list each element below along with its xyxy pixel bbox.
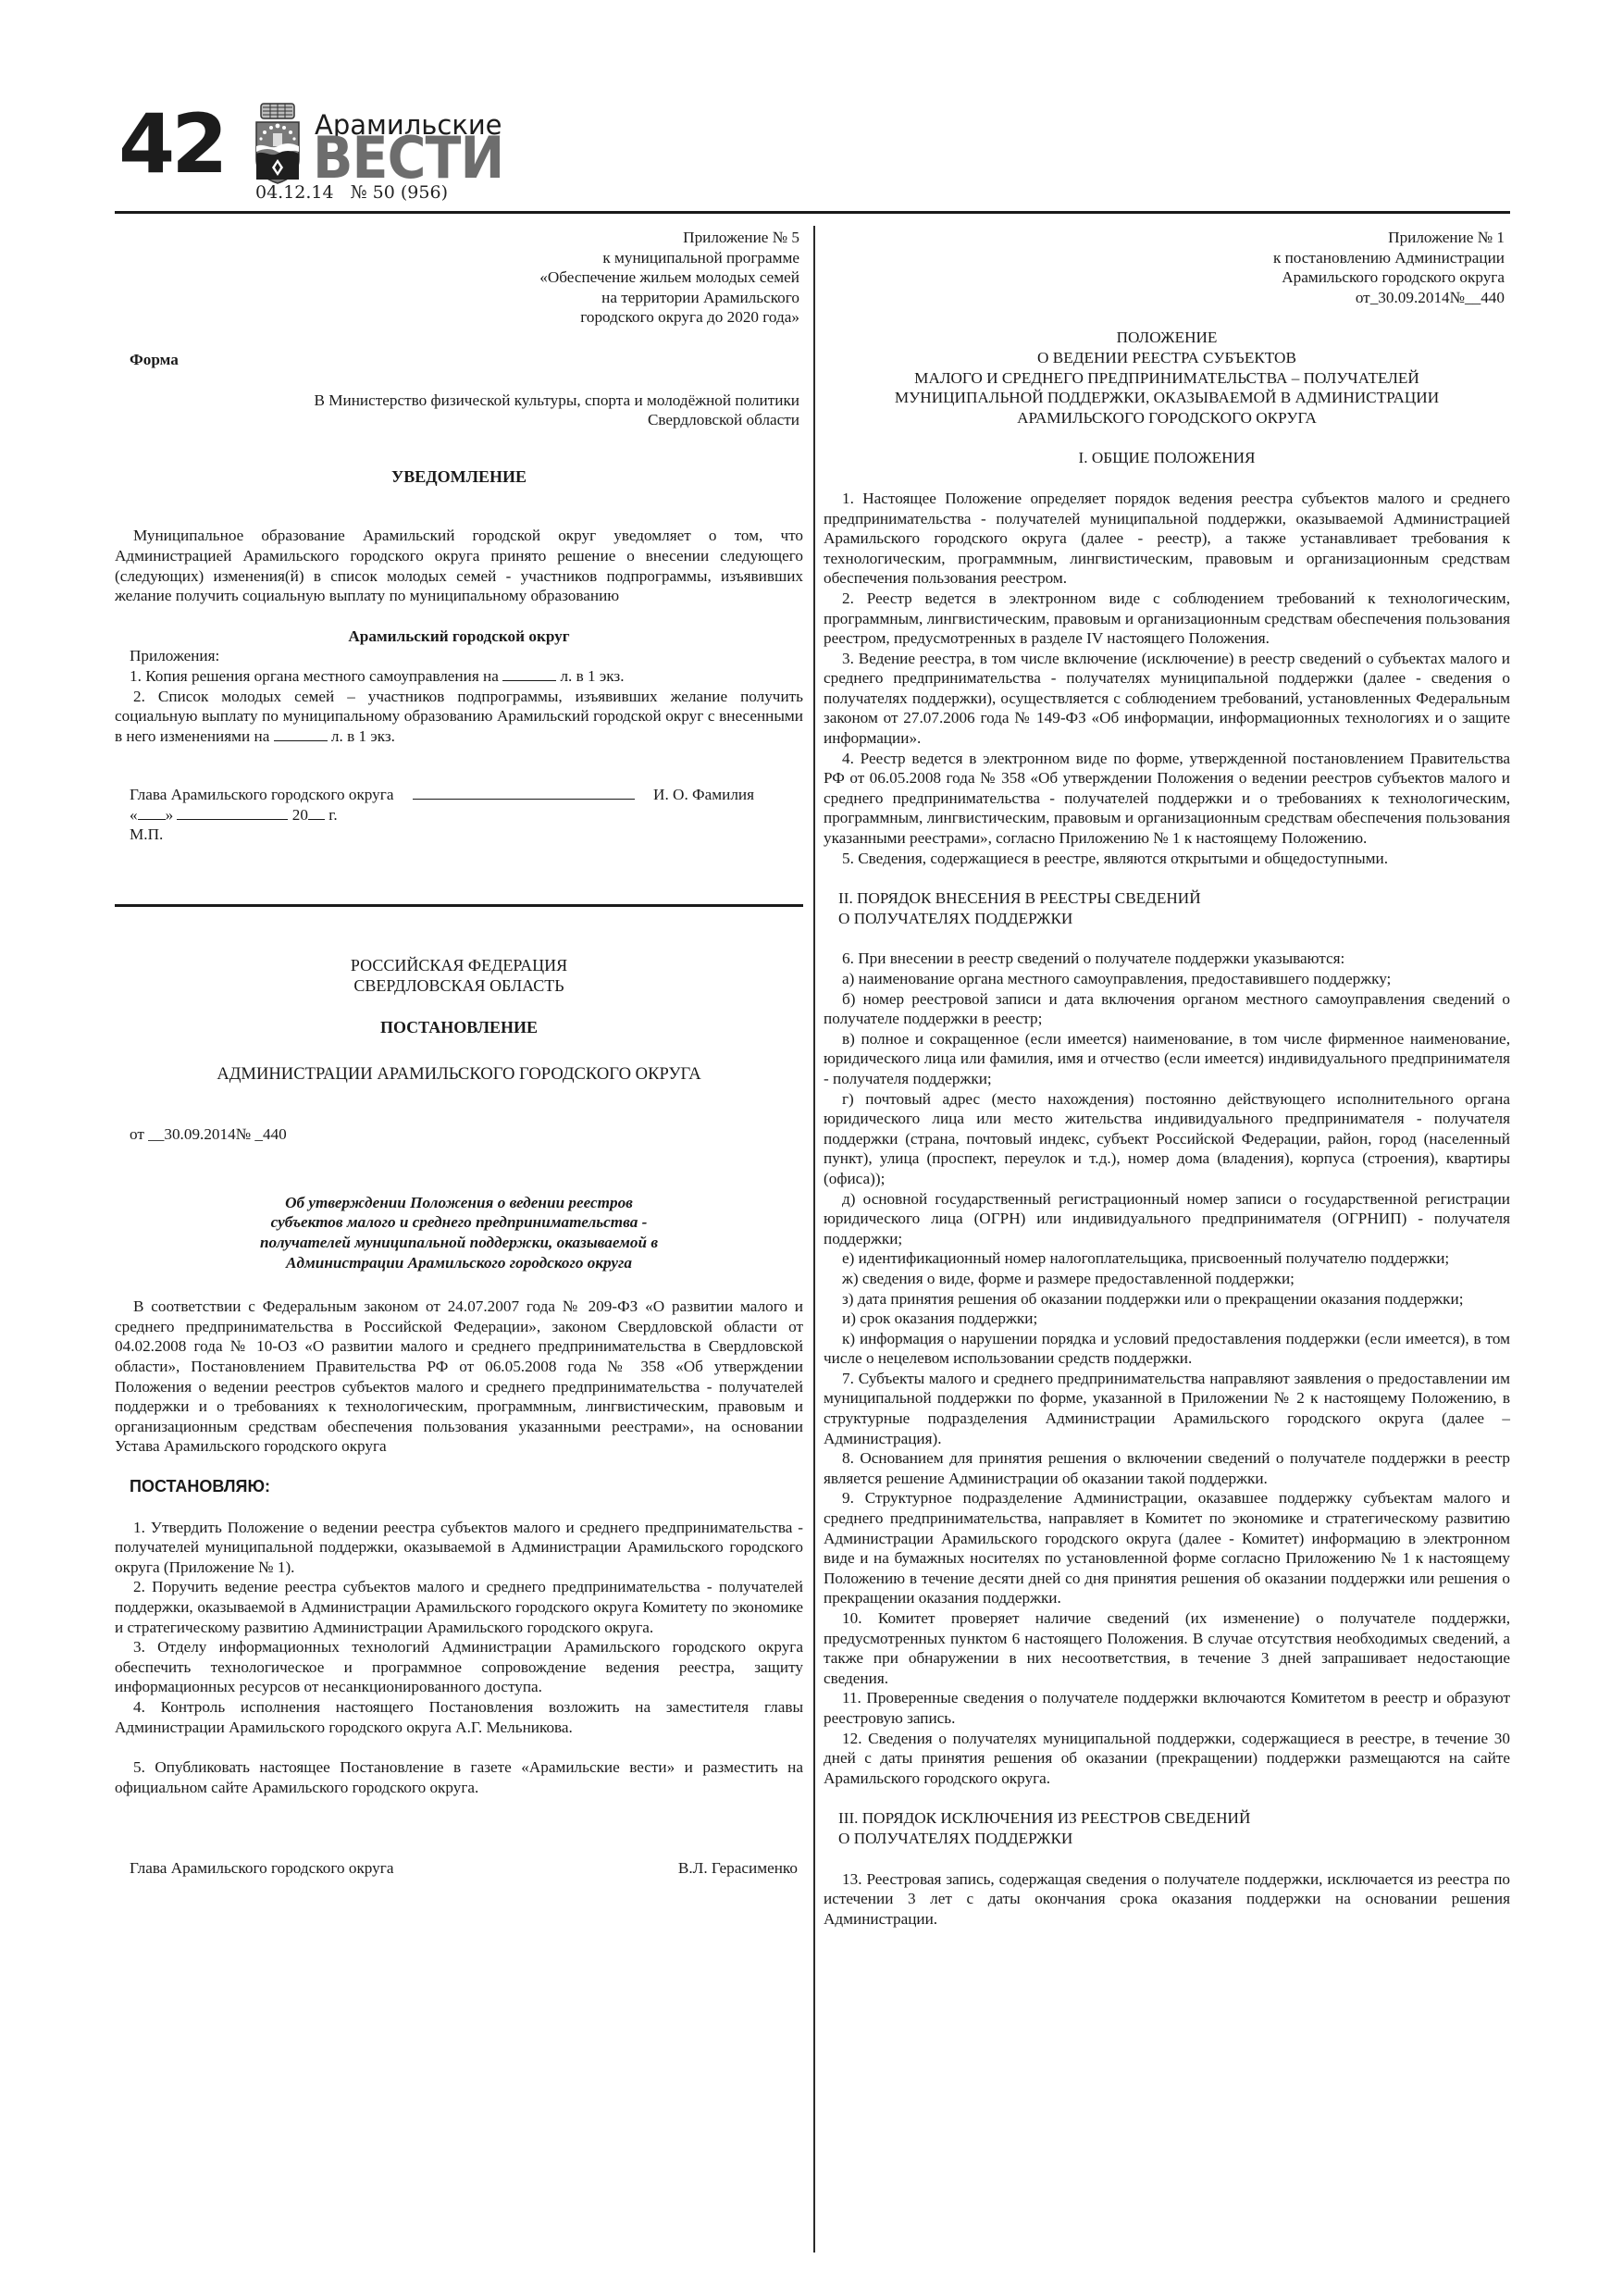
clause: 3. Ведение реестра, в том числе включени…: [824, 649, 1510, 749]
clause: 7. Субъекты малого и среднего предприним…: [824, 1369, 1510, 1448]
appendix-line: городского округа до 2020 года»: [115, 307, 799, 328]
issue-info: 04.12.14 № 50 (956): [255, 182, 459, 203]
appendix-line: от_30.09.2014№__440: [824, 288, 1505, 308]
decree-subject: Об утверждении Положения о ведении реест…: [115, 1193, 803, 1272]
decree-signature: Глава Арамильского городского округа В.Л…: [115, 1858, 803, 1879]
attachment-2-pages-blank: [274, 726, 328, 741]
attachments-label: Приложения:: [115, 646, 803, 666]
clause: г) почтовый адрес (место нахождения) пос…: [824, 1089, 1510, 1189]
clause: д) основной государственный регистрацион…: [824, 1189, 1510, 1249]
appendix-line: к муниципальной программе: [115, 248, 799, 268]
addressee: В Министерство физической культуры, спор…: [115, 391, 803, 430]
attachment-2-suffix: л. в 1 экз.: [331, 727, 395, 745]
clause: е) идентификационный номер налогоплатель…: [824, 1248, 1510, 1269]
attachment-1-text: 1. Копия решения органа местного самоупр…: [130, 667, 499, 685]
signature-blank: [413, 785, 635, 800]
decree-date-number: от __30.09.2014№ _440: [115, 1124, 803, 1145]
issue-number: № 50 (956): [351, 182, 448, 203]
masthead: 42 Арамильские ВЕСТИ 04.12.14 № 50 (956): [0, 0, 1623, 213]
section-3-heading: III. ПОРЯДОК ИСКЛЮЧЕНИЯ ИЗ РЕЕСТРОВ СВЕД…: [824, 1808, 1510, 1848]
attachment-2: 2. Список молодых семей – участников под…: [115, 687, 803, 747]
appendix-line: к постановлению Администрации: [824, 248, 1505, 268]
attachment-1: 1. Копия решения органа местного самоупр…: [115, 666, 803, 687]
signature-line: Глава Арамильского городского округа И. …: [115, 785, 803, 805]
signature-name: И. О. Фамилия: [653, 786, 754, 803]
clause: к) информация о нарушении порядка и усло…: [824, 1329, 1510, 1369]
decree-type: ПОСТАНОВЛЕНИЕ: [115, 1018, 803, 1038]
quote-close: »: [166, 806, 174, 824]
heading-line: II. ПОРЯДОК ВНЕСЕНИЯ В РЕЕСТРЫ СВЕДЕНИЙ: [838, 888, 1510, 909]
title-line: ПОЛОЖЕНИЕ: [824, 328, 1510, 348]
section-2-heading: II. ПОРЯДОК ВНЕСЕНИЯ В РЕЕСТРЫ СВЕДЕНИЙ …: [824, 888, 1510, 928]
clause: 4. Реестр ведется в электронном виде по …: [824, 749, 1510, 849]
year-blank: [308, 805, 325, 820]
clause: 8. Основанием для принятия решения о вкл…: [824, 1448, 1510, 1488]
clause: ж) сведения о виде, форме и размере пред…: [824, 1269, 1510, 1289]
page-number: 42: [118, 104, 224, 185]
decree-preamble: В соответствии с Федеральным законом от …: [115, 1297, 803, 1457]
issue-date: 04.12.14: [255, 182, 334, 203]
date-line: «» 20 г.: [115, 805, 803, 825]
clause: 11. Проверенные сведения о получателе по…: [824, 1688, 1510, 1728]
quote-open: «: [130, 806, 138, 824]
decree-issuer: АДМИНИСТРАЦИИ АРАМИЛЬСКОГО ГОРОДСКОГО ОК…: [115, 1064, 803, 1085]
section-1-heading: I. ОБЩИЕ ПОЛОЖЕНИЯ: [824, 448, 1510, 468]
clause: 5. Сведения, содержащиеся в реестре, явл…: [824, 849, 1510, 869]
section-2-items: 6. При внесении в реестр сведений о полу…: [824, 949, 1510, 1788]
title-line: МАЛОГО И СРЕДНЕГО ПРЕДПРИНИМАТЕЛЬСТВА – …: [824, 368, 1510, 389]
subject-line: Администрации Арамильского городского ок…: [115, 1253, 803, 1273]
clause: 10. Комитет проверяет наличие сведений (…: [824, 1608, 1510, 1688]
subject-line: получателей муниципальной поддержки, ока…: [115, 1233, 803, 1253]
left-column: Приложение № 5 к муниципальной программе…: [115, 228, 803, 1879]
attachment-2-text: 2. Список молодых семей – участников под…: [115, 688, 803, 745]
right-column: Приложение № 1 к постановлению Администр…: [824, 228, 1510, 1929]
decree-resolve-heading: ПОСТАНОВЛЯЮ:: [115, 1477, 803, 1497]
section-1-items: 1. Настоящее Положение определяет порядо…: [824, 489, 1510, 868]
decree-item: 3. Отделу информационных технологий Адми…: [115, 1637, 803, 1697]
stamp-place: М.П.: [115, 825, 803, 845]
decree-header: РОССИЙСКАЯ ФЕДЕРАЦИЯ СВЕРДЛОВСКАЯ ОБЛАСТ…: [115, 955, 803, 996]
day-blank: [138, 805, 166, 820]
decree-item: 1. Утвердить Положение о ведении реестра…: [115, 1518, 803, 1578]
appendix-line: Приложение № 1: [824, 228, 1505, 248]
signature-title: Глава Арамильского городского округа: [130, 786, 393, 803]
column-divider: [813, 226, 815, 2253]
decree-items: 1. Утвердить Положение о ведении реестра…: [115, 1518, 803, 1738]
arms-crest-icon: [254, 102, 302, 185]
appendix-line: Приложение № 5: [115, 228, 799, 248]
appendix-line: Арамильского городского округа: [824, 267, 1505, 288]
clause: и) срок оказания поддержки;: [824, 1309, 1510, 1329]
section-rule: [115, 904, 803, 907]
signer-name: В.Л. Герасименко: [678, 1858, 798, 1879]
regulation-title: ПОЛОЖЕНИЕ О ВЕДЕНИИ РЕЕСТРА СУБЪЕКТОВ МА…: [824, 328, 1510, 428]
attachment-1-pages-blank: [502, 666, 556, 681]
newspaper-name-main: ВЕСТИ: [313, 130, 503, 187]
title-line: АРАМИЛЬСКОГО ГОРОДСКОГО ОКРУГА: [824, 408, 1510, 428]
subject-line: Об утверждении Положения о ведении реест…: [115, 1193, 803, 1213]
clause: а) наименование органа местного самоупра…: [824, 969, 1510, 989]
clause: б) номер реестровой записи и дата включе…: [824, 989, 1510, 1029]
year-suffix: г.: [328, 806, 337, 824]
clause: в) полное и сокращенное (если имеется) н…: [824, 1029, 1510, 1089]
section-3-items: 13. Реестровая запись, содержащая сведен…: [824, 1869, 1510, 1930]
appendix-line: на территории Арамильского: [115, 288, 799, 308]
signer-title: Глава Арамильского городского округа: [130, 1858, 393, 1879]
masthead-rule: [115, 211, 1510, 214]
heading-line: О ПОЛУЧАТЕЛЯХ ПОДДЕРЖКИ: [838, 909, 1510, 929]
clause: 9. Структурное подразделение Администрац…: [824, 1488, 1510, 1608]
clause: 12. Сведения о получателях муниципальной…: [824, 1729, 1510, 1789]
clause: 13. Реестровая запись, содержащая сведен…: [824, 1869, 1510, 1930]
appendix-1-header: Приложение № 1 к постановлению Администр…: [824, 228, 1510, 307]
addressee-line: В Министерство физической культуры, спор…: [115, 391, 799, 411]
heading-line: III. ПОРЯДОК ИСКЛЮЧЕНИЯ ИЗ РЕЕСТРОВ СВЕД…: [838, 1808, 1510, 1829]
clause: 1. Настоящее Положение определяет порядо…: [824, 489, 1510, 589]
decree-item: 2. Поручить ведение реестра субъектов ма…: [115, 1577, 803, 1637]
year-prefix: 20: [292, 806, 308, 824]
title-line: МУНИЦИПАЛЬНОЙ ПОДДЕРЖКИ, ОКАЗЫВАЕМОЙ В А…: [824, 388, 1510, 408]
title-line: О ВЕДЕНИИ РЕЕСТРА СУБЪЕКТОВ: [824, 348, 1510, 368]
decree-country: РОССИЙСКАЯ ФЕДЕРАЦИЯ: [115, 955, 803, 975]
appendix-5-header: Приложение № 5 к муниципальной программе…: [115, 228, 803, 328]
attachment-1-suffix: л. в 1 экз.: [560, 667, 624, 685]
heading-line: О ПОЛУЧАТЕЛЯХ ПОДДЕРЖКИ: [838, 1829, 1510, 1849]
clause: 2. Реестр ведется в электронном виде с с…: [824, 589, 1510, 649]
clause: 6. При внесении в реестр сведений о полу…: [824, 949, 1510, 969]
month-blank: [177, 805, 288, 820]
clause: з) дата принятия решения об оказании под…: [824, 1289, 1510, 1309]
district-name: Арамильский городской округ: [115, 627, 803, 647]
decree-region: СВЕРДЛОВСКАЯ ОБЛАСТЬ: [115, 975, 803, 996]
appendix-line: «Обеспечение жильем молодых семей: [115, 267, 799, 288]
decree-item: 4. Контроль исполнения настоящего Постан…: [115, 1697, 803, 1737]
notice-title: УВЕДОМЛЕНИЕ: [115, 467, 803, 488]
notice-body: Муниципальное образование Арамильский го…: [115, 526, 803, 605]
decree-item-5: 5. Опубликовать настоящее Постановление …: [115, 1757, 803, 1797]
addressee-line: Свердловской области: [115, 410, 799, 430]
subject-line: субъектов малого и среднего предпринимат…: [115, 1212, 803, 1233]
form-label: Форма: [115, 350, 803, 370]
